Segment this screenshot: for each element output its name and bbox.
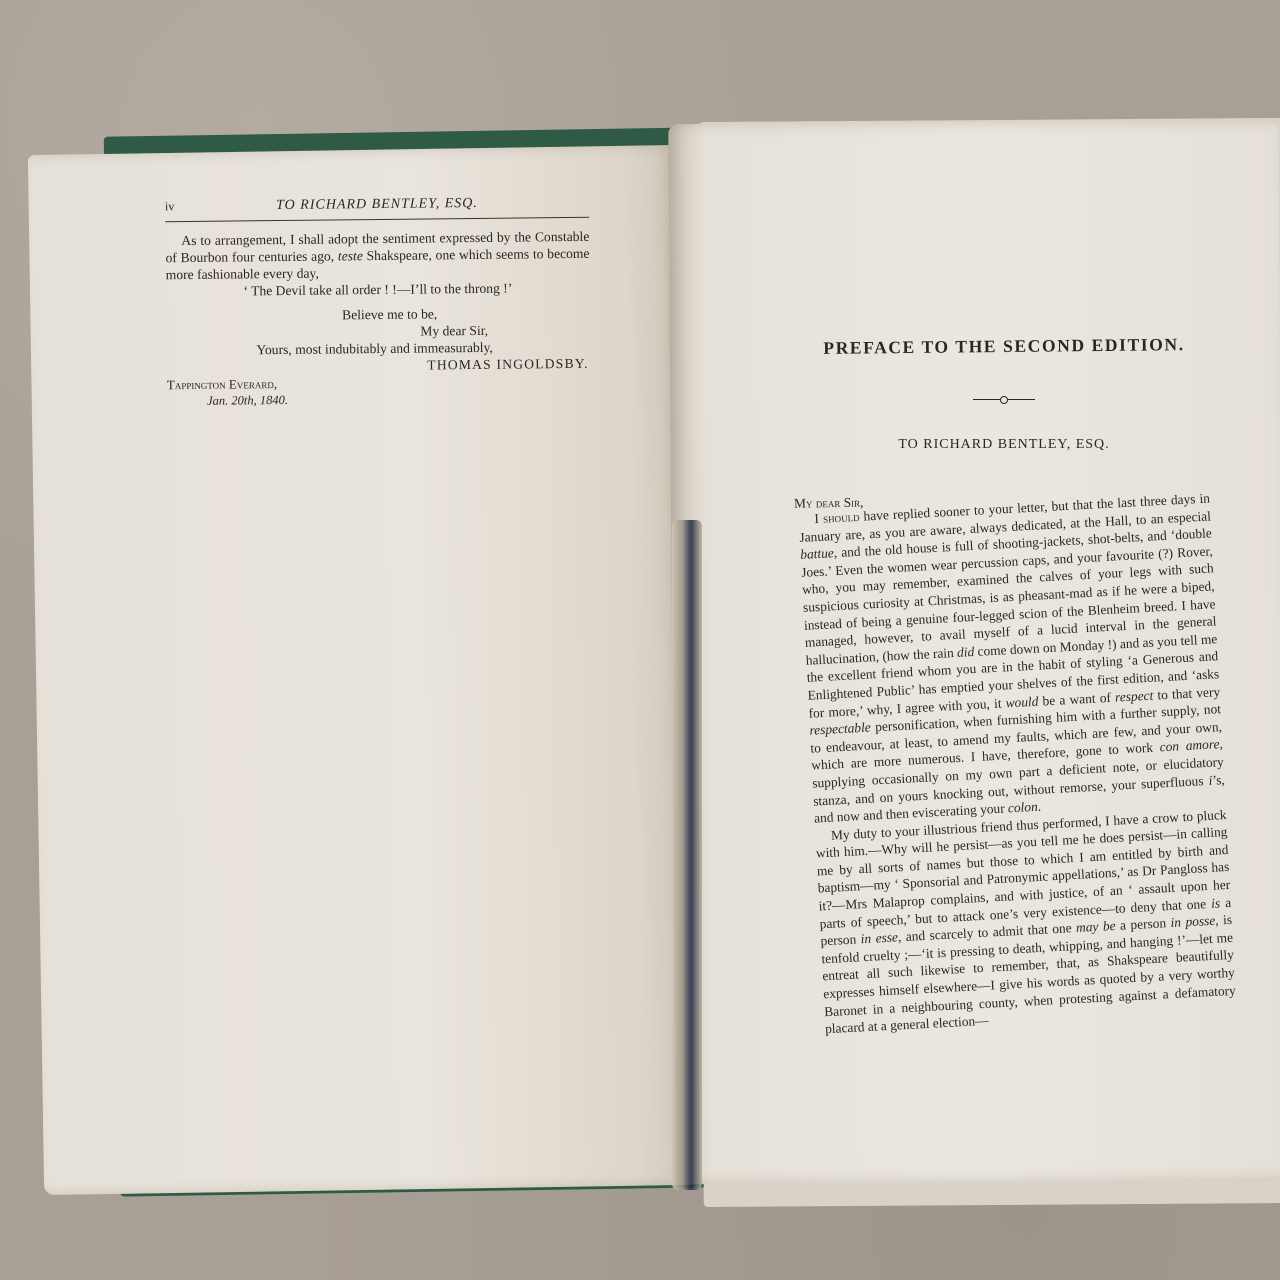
left-page-text: iv TO RICHARD BENTLEY, ESQ. As to arrang…: [165, 194, 591, 410]
letter-paragraph-1: I should have replied sooner to your let…: [798, 489, 1226, 827]
arrangement-paragraph: As to arrangement, I shall adopt the sen…: [165, 228, 590, 283]
running-head-title: TO RICHARD BENTLEY, ESQ.: [205, 194, 549, 215]
letter-body: I should have replied sooner to your let…: [798, 489, 1237, 1038]
preface-title: PREFACE TO THE SECOND EDITION.: [784, 336, 1224, 358]
running-head: iv TO RICHARD BENTLEY, ESQ.: [165, 194, 589, 222]
ornament-rule-icon: [973, 396, 1035, 404]
book-photo: iv TO RICHARD BENTLEY, ESQ. As to arrang…: [0, 0, 1280, 1280]
right-page-text: PREFACE TO THE SECOND EDITION. TO RICHAR…: [784, 338, 1224, 1039]
addressee: TO RICHARD BENTLEY, ESQ.: [784, 436, 1224, 454]
page-number: iv: [165, 198, 205, 215]
torn-spine: [672, 520, 702, 1190]
letter-paragraph-2: My duty to your illustrious friend thus …: [815, 805, 1237, 1037]
